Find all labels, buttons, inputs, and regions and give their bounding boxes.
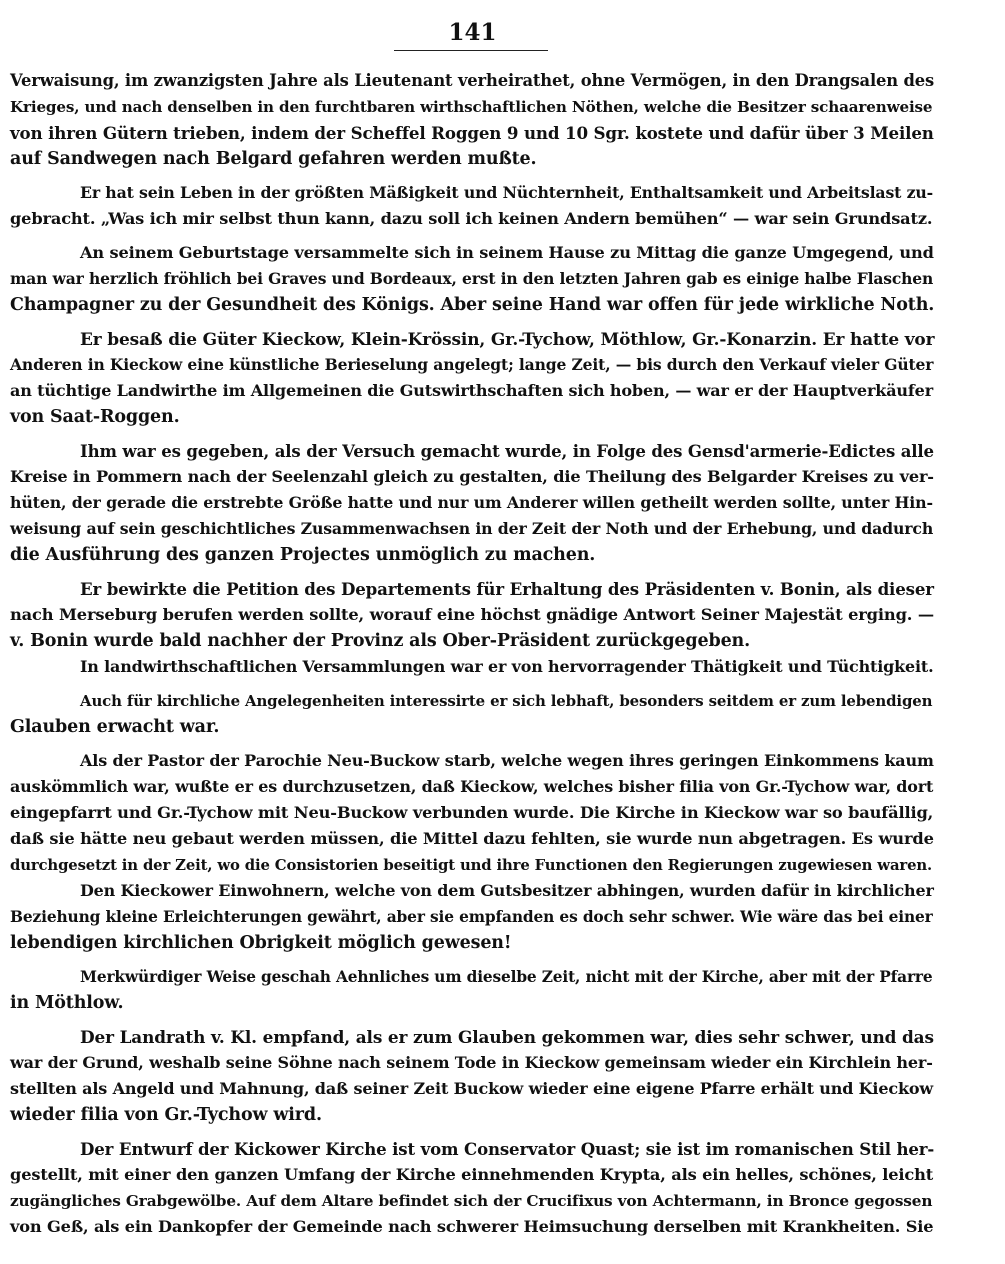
paragraph: Den Kieckower Einwohnern, welche von dem… <box>10 878 935 956</box>
text-line: Der Landrath v. Kl. empfand, als er zum … <box>10 1024 935 1050</box>
text-line: eingepfarrt und Gr.-Tychow mit Neu-Bucko… <box>10 800 935 826</box>
text-line: weisung auf sein geschichtliches Zusamme… <box>10 516 935 542</box>
paragraph: Er bewirkte die Petition des Departement… <box>10 576 935 654</box>
text-line: an tüchtige Landwirthe im Allgemeinen di… <box>10 378 935 404</box>
text-line: Den Kieckower Einwohnern, welche von dem… <box>10 878 935 904</box>
text-line: Verwaisung, im zwanzigsten Jahre als Lie… <box>10 68 935 94</box>
text-line: gestellt, mit einer den ganzen Umfang de… <box>10 1162 935 1188</box>
text-line: wieder filia von Gr.-Tychow wird. <box>10 1102 935 1128</box>
paragraph: Auch für kirchliche Angelegenheiten inte… <box>10 688 935 740</box>
paragraph: In landwirthschaftlichen Versammlungen w… <box>10 654 935 680</box>
text-line: nach Merseburg berufen werden sollte, wo… <box>10 602 935 628</box>
text-line: Ihm war es gegeben, als der Versuch gema… <box>10 438 935 464</box>
text-line: Glauben erwacht war. <box>10 714 935 740</box>
paragraph: Verwaisung, im zwanzigsten Jahre als Lie… <box>10 68 935 172</box>
text-line: in Möthlow. <box>10 990 935 1016</box>
text-line: gebracht. „Was ich mir selbst thun kann,… <box>10 206 935 232</box>
text-line: auskömmlich war, wußte er es durchzusetz… <box>10 774 935 800</box>
text-line: auf Sandwegen nach Belgard gefahren werd… <box>10 146 935 172</box>
paragraph: Der Landrath v. Kl. empfand, als er zum … <box>10 1024 935 1128</box>
text-line: war der Grund, weshalb seine Söhne nach … <box>10 1050 935 1076</box>
page-number-rule <box>394 50 548 51</box>
text-line: Merkwürdiger Weise geschah Aehnliches um… <box>10 964 935 990</box>
page-number: 141 <box>10 18 935 48</box>
text-line: Er besaß die Güter Kieckow, Klein-Krössi… <box>10 326 935 352</box>
paragraph: Merkwürdiger Weise geschah Aehnliches um… <box>10 964 935 1016</box>
text-line: zugängliches Grabgewölbe. Auf dem Altare… <box>10 1188 935 1214</box>
text-line: daß sie hätte neu gebaut werden müssen, … <box>10 826 935 852</box>
text-line: An seinem Geburtstage versammelte sich i… <box>10 240 935 266</box>
text-line: stellten als Angeld und Mahnung, daß sei… <box>10 1076 935 1102</box>
text-line: Auch für kirchliche Angelegenheiten inte… <box>10 688 935 714</box>
text-line: Als der Pastor der Parochie Neu-Buckow s… <box>10 748 935 774</box>
paragraph: Als der Pastor der Parochie Neu-Buckow s… <box>10 748 935 878</box>
paragraph: Der Entwurf der Kickower Kirche ist vom … <box>10 1136 935 1240</box>
text-line: lebendigen kirchlichen Obrigkeit möglich… <box>10 930 935 956</box>
text-line: durchgesetzt in der Zeit, wo die Consist… <box>10 852 935 878</box>
text-line: man war herzlich fröhlich bei Graves und… <box>10 266 935 292</box>
text-line: von Saat-Roggen. <box>10 404 935 430</box>
text-line: Kreise in Pommern nach der Seelenzahl gl… <box>10 464 935 490</box>
text-line: die Ausführung des ganzen Projectes unmö… <box>10 542 935 568</box>
paragraph: Er hat sein Leben in der größten Mäßigke… <box>10 180 935 232</box>
paragraph: An seinem Geburtstage versammelte sich i… <box>10 240 935 318</box>
text-line: Der Entwurf der Kickower Kirche ist vom … <box>10 1136 935 1162</box>
text-line: Er bewirkte die Petition des Departement… <box>10 576 935 602</box>
text-line: Champagner zu der Gesundheit des Königs.… <box>10 292 935 318</box>
text-line: Anderen in Kieckow eine künstliche Berie… <box>10 352 935 378</box>
text-line: Beziehung kleine Erleichterungen gewährt… <box>10 904 935 930</box>
paragraph: Er besaß die Güter Kieckow, Klein-Krössi… <box>10 326 935 430</box>
text-line: von ihren Gütern trieben, indem der Sche… <box>10 120 935 146</box>
paragraph: Ihm war es gegeben, als der Versuch gema… <box>10 438 935 568</box>
text-line: hüten, der gerade die erstrebte Größe ha… <box>10 490 935 516</box>
text-line: von Geß, als ein Dankopfer der Gemeinde … <box>10 1214 935 1240</box>
text-line: In landwirthschaftlichen Versammlungen w… <box>10 654 935 680</box>
body-text: Verwaisung, im zwanzigsten Jahre als Lie… <box>10 68 935 1248</box>
text-line: Krieges, und nach denselben in den furch… <box>10 94 935 120</box>
text-line: Er hat sein Leben in der größten Mäßigke… <box>10 180 935 206</box>
text-line: v. Bonin wurde bald nachher der Provinz … <box>10 628 935 654</box>
